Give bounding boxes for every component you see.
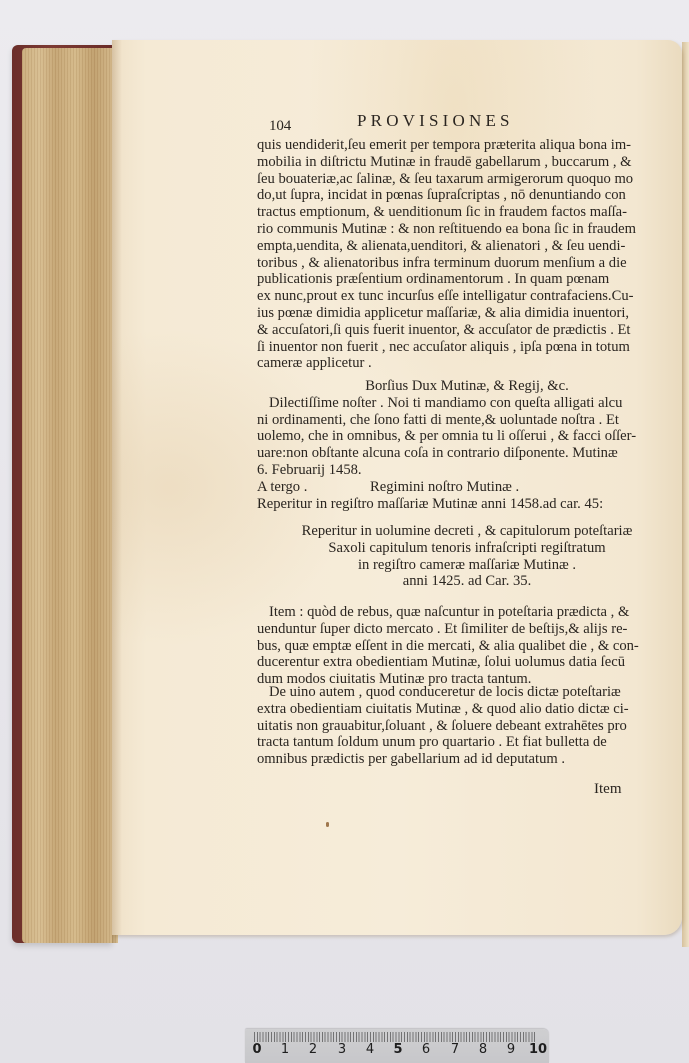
text-line: De uino autem , quod conduceretur de loc…: [257, 684, 677, 701]
text-line: uare:non obſtante alcuna coſa in contrar…: [257, 445, 677, 462]
ruler-label: 0: [252, 1042, 261, 1057]
text-line: toribus , & alienatoribus infra terminum…: [257, 255, 677, 272]
ducal-letter: Borſius Dux Mutinæ, & Regij, &c. Dilecti…: [257, 378, 677, 512]
text-line: rio communis Mutinæ : & non reſtituendo …: [257, 221, 677, 238]
heading-line: Saxoli capitulum tenoris infraſcripti re…: [257, 540, 677, 557]
catchword: Item: [594, 781, 622, 798]
text-line: tractus emptionum, & uenditionum ſic in …: [257, 204, 677, 221]
ruler-labels: 0 1 2 3 4 5 6 7 8 9 10: [245, 1042, 549, 1060]
ruler-label: 7: [451, 1042, 459, 1057]
text-line: ſi inuentor non fuerit , nec accuſator a…: [257, 339, 677, 356]
ruler-label: 8: [479, 1042, 487, 1057]
text-line: extra obedientiam ciuitatis Mutinæ , & q…: [257, 701, 677, 718]
ruler-label: 4: [366, 1042, 374, 1057]
registry-note: Reperitur in regiſtro maſſariæ Mutinæ an…: [257, 496, 677, 513]
text-line: Dilectiſſime noſter . Noi ti mandiamo co…: [257, 395, 677, 412]
a-tergo-label: A tergo .: [257, 479, 370, 496]
heading-line: anni 1425. ad Car. 35.: [257, 573, 677, 590]
book-page-edges: [22, 48, 118, 943]
paragraph-penalties: quis uendiderit,ſeu emerit per tempora p…: [257, 137, 677, 372]
text-line: mobilia in diſtrictu Mutinæ in fraudē ga…: [257, 154, 677, 171]
ink-stain: [326, 822, 329, 827]
heading-line: Reperitur in uolumine decreti , & capitu…: [257, 523, 677, 540]
ruler-label: 3: [338, 1042, 346, 1057]
ruler-label: 10: [529, 1042, 547, 1057]
text-line: ducerentur extra obedientiam Mutinæ, ſol…: [257, 654, 677, 671]
letter-date: 6. Februarij 1458.: [257, 462, 677, 479]
letter-salutation: Borſius Dux Mutinæ, & Regij, &c.: [257, 378, 677, 395]
text-line: bus, quæ emptæ eſſent in die mercati, & …: [257, 638, 677, 655]
running-title: PROVISIONES: [357, 112, 514, 129]
ruler-ticks: [254, 1032, 537, 1042]
text-line: quis uendiderit,ſeu emerit per tempora p…: [257, 137, 677, 154]
centered-heading: Reperitur in uolumine decreti , & capitu…: [257, 523, 677, 590]
page-number: 104: [269, 118, 291, 135]
text-line: uitatis non grauabitur,ſoluant , & ſolue…: [257, 718, 677, 735]
ruler-label: 6: [422, 1042, 430, 1057]
ruler-label: 5: [393, 1042, 402, 1057]
a-tergo-line: A tergo .Regimini noſtro Mutinæ .: [257, 479, 677, 496]
text-line: uenduntur ſuper dicto mercato . Et ſimil…: [257, 621, 677, 638]
text-line: uolemo, che in omnibus, & per omnia tu l…: [257, 428, 677, 445]
facing-page-edge: [682, 42, 689, 947]
text-line: cameræ applicetur .: [257, 355, 677, 372]
text-line: ni ordinamenti, che ſono fatti di mente,…: [257, 412, 677, 429]
text-line: ius pœnæ dimidia applicetur maſſariæ, & …: [257, 305, 677, 322]
paragraph-wine: De uino autem , quod conduceretur de loc…: [257, 684, 677, 768]
text-line: do,ut ſupra, incidat in pœnas ſupraſcrip…: [257, 187, 677, 204]
heading-line: in regiſtro cameræ maſſariæ Mutinæ .: [257, 557, 677, 574]
text-line: tracta tantum ſoldum unum pro quartario …: [257, 734, 677, 751]
text-line: & accuſatori,ſi quis fuerit inuentor, & …: [257, 322, 677, 339]
text-line: Item : quòd de rebus, quæ naſcuntur in p…: [257, 604, 677, 621]
a-tergo-value: Regimini noſtro Mutinæ .: [370, 479, 519, 495]
text-line: ex nunc,prout ex tunc incurſus eſſe inte…: [257, 288, 677, 305]
ruler-label: 2: [309, 1042, 317, 1057]
scale-ruler: 0 1 2 3 4 5 6 7 8 9 10: [245, 1029, 549, 1063]
page-header: 104 PROVISIONES: [152, 112, 642, 138]
text-line: empta,uendita, & alienata,uenditori, & a…: [257, 238, 677, 255]
text-line: omnibus prædictis per gabellarium ad id …: [257, 751, 677, 768]
running-head: 104 PROVISIONES: [152, 112, 642, 136]
text-line: ſeu bouateriæ,ac ſalinæ, & ſeu taxarum a…: [257, 171, 677, 188]
text-line: publicationis præſentium ordinamentorum …: [257, 271, 677, 288]
ruler-label: 9: [507, 1042, 515, 1057]
paragraph-item: Item : quòd de rebus, quæ naſcuntur in p…: [257, 604, 677, 688]
ruler-label: 1: [281, 1042, 289, 1057]
